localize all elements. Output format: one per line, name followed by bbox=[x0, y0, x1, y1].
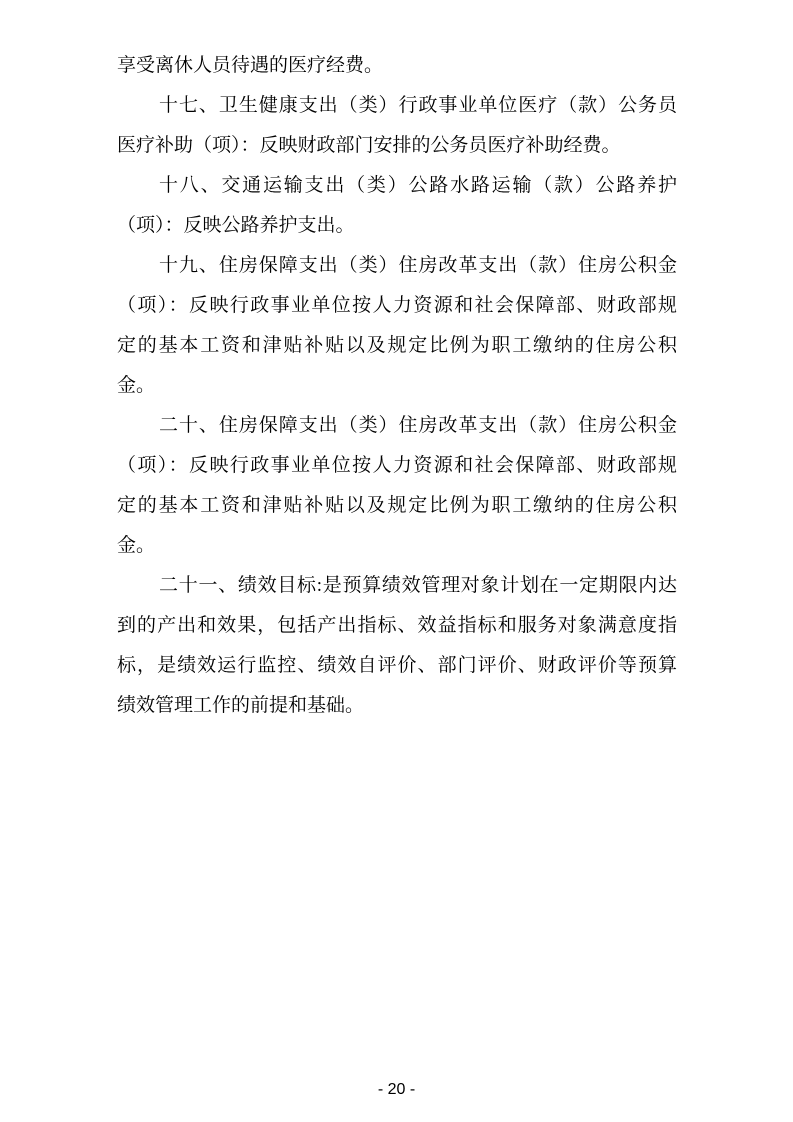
doc-line: 十八、交通运输支出（类）公路水路运输（款）公路养护 bbox=[117, 166, 677, 206]
doc-line: （项）：反映行政事业单位按人力资源和社会保障部、财政部规 bbox=[117, 286, 677, 326]
doc-line: 享受离休人员待遇的医疗经费。 bbox=[117, 46, 677, 86]
doc-line: 标，是绩效运行监控、绩效自评价、部门评价、财政评价等预算 bbox=[117, 646, 677, 686]
document-body: 享受离休人员待遇的医疗经费。 十七、卫生健康支出（类）行政事业单位医疗（款）公务… bbox=[117, 46, 677, 726]
doc-line: （项）：反映行政事业单位按人力资源和社会保障部、财政部规 bbox=[117, 446, 677, 486]
document-page: 享受离休人员待遇的医疗经费。 十七、卫生健康支出（类）行政事业单位医疗（款）公务… bbox=[0, 0, 793, 1122]
doc-line: 定的基本工资和津贴补贴以及规定比例为职工缴纳的住房公积 bbox=[117, 486, 677, 526]
doc-line: 到的产出和效果，包括产出指标、效益指标和服务对象满意度指 bbox=[117, 606, 677, 646]
page-number: - 20 - bbox=[0, 1081, 793, 1099]
doc-line: 十七、卫生健康支出（类）行政事业单位医疗（款）公务员 bbox=[117, 86, 677, 126]
doc-line: 十九、住房保障支出（类）住房改革支出（款）住房公积金 bbox=[117, 246, 677, 286]
doc-line: 二十一、绩效目标:是预算绩效管理对象计划在一定期限内达 bbox=[117, 566, 677, 606]
doc-line: 金。 bbox=[117, 526, 677, 566]
doc-line: （项）：反映公路养护支出。 bbox=[117, 206, 677, 246]
doc-line: 二十、住房保障支出（类）住房改革支出（款）住房公积金 bbox=[117, 406, 677, 446]
doc-line: 定的基本工资和津贴补贴以及规定比例为职工缴纳的住房公积 bbox=[117, 326, 677, 366]
doc-line: 金。 bbox=[117, 366, 677, 406]
doc-line: 绩效管理工作的前提和基础。 bbox=[117, 686, 677, 726]
doc-line: 医疗补助（项）：反映财政部门安排的公务员医疗补助经费。 bbox=[117, 126, 677, 166]
